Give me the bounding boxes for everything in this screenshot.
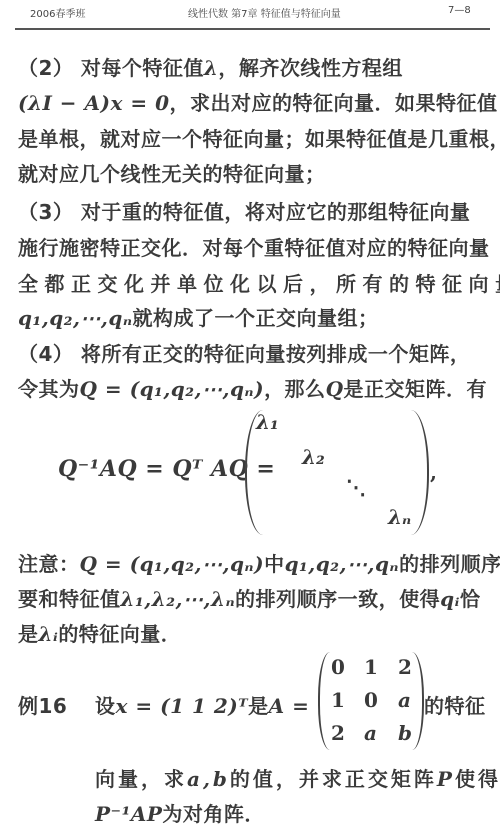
example-line1: 设x = (1 1 2)ᵀ是A =	[95, 690, 309, 719]
example-line1-end: 的特征	[424, 690, 486, 719]
text: 设	[95, 694, 116, 718]
symbol-lambda-i: λᵢ	[39, 622, 59, 646]
step-number: （4）	[18, 342, 73, 366]
text: 的排列顺序一致，使得	[235, 587, 440, 611]
symbol-p: P	[437, 767, 455, 791]
step3-line3: 全都正交化并单位化以后，所有的特征向量	[18, 268, 500, 297]
header-left: 2006春季班	[30, 5, 85, 20]
text: 的排列顺序	[399, 552, 500, 576]
matrix-cell: 2	[398, 655, 412, 679]
text: 是正交矩阵．有	[343, 377, 487, 401]
text: 要和特征值	[18, 587, 121, 611]
note-line3: 是λᵢ的特征向量．	[18, 618, 181, 647]
matrix-a-label: A =	[269, 694, 310, 718]
header-center: 线性代数 第7章 特征值与特征向量	[188, 5, 341, 20]
text: ，求出对应的特征向量．如果特征值	[170, 91, 498, 115]
step3-line1: （3） 对于重的特征值，将对应它的那组特征向量	[18, 196, 470, 225]
example-line3: P⁻¹AP为对角阵．	[95, 798, 265, 827]
matrix-cell: b	[398, 721, 412, 745]
lambda-symbol: λ	[204, 56, 219, 80]
page-header: 2006春季班 线性代数 第7章 特征值与特征向量 7—8	[0, 5, 500, 25]
text: 将所有正交的特征向量按列排成一个矩阵，	[81, 342, 471, 366]
symbols-ab: a,b	[187, 767, 230, 791]
matrix-cell: 2	[331, 721, 345, 745]
step2-line4: 就对应几个线性无关的特征向量；	[18, 158, 326, 187]
step-number: （3）	[18, 200, 73, 224]
diag-entry: λₙ	[388, 505, 411, 529]
example-label: 例16	[18, 690, 67, 719]
step2-line1: （2） 对每个特征值λ，解齐次线性方程组	[18, 52, 403, 81]
text: 向量，求	[95, 767, 187, 791]
note-line2: 要和特征值λ₁,λ₂,⋯,λₙ的排列顺序一致，使得qᵢ恰	[18, 583, 480, 612]
matrix-cell: 0	[364, 688, 378, 712]
equation: Q = (q₁,q₂,⋯,qₙ)	[80, 552, 265, 576]
vector-x: x = (1 1 2)ᵀ	[116, 694, 249, 718]
matrix-cell: a	[398, 688, 411, 712]
diag-entry: λ₂	[302, 445, 325, 469]
step4-line1: （4） 将所有正交的特征向量按列排成一个矩阵，	[18, 338, 470, 367]
text: 是	[248, 694, 269, 718]
vector-list: q₁,q₂,⋯,qₙ	[18, 306, 133, 330]
equation: (λI − A)x = 0	[18, 91, 170, 115]
text: 对于重的特征值，将对应它的那组特征向量	[81, 200, 471, 224]
text: ，解齐次线性方程组	[218, 56, 403, 80]
equation: Q = (q₁,q₂,⋯,qₙ)	[80, 377, 265, 401]
text: 的值，并求正交矩阵	[230, 767, 437, 791]
matrix-cell: 0	[331, 655, 345, 679]
step2-line3: 是单根，就对应一个特征向量；如果特征值是几重根，	[18, 123, 500, 152]
diagonalization-formula: Q⁻¹AQ = Qᵀ AQ =	[58, 456, 275, 482]
note-line1: 注意：Q = (q₁,q₂,⋯,qₙ)中q₁,q₂,⋯,qₙ的排列顺序	[18, 548, 500, 577]
text: 对每个特征值	[81, 56, 204, 80]
symbol-q: Q	[326, 377, 344, 401]
step4-line2: 令其为Q = (q₁,q₂,⋯,qₙ)，那么Q是正交矩阵．有	[18, 373, 487, 402]
text: 的特征向量．	[58, 622, 181, 646]
step2-line2: (λI − A)x = 0，求出对应的特征向量．如果特征值	[18, 87, 498, 116]
text: 就构成了一个正交向量组；	[133, 306, 379, 330]
step3-line2: 施行施密特正交化．对每个重特征值对应的特征向量	[18, 232, 490, 261]
note-label: 注意：	[18, 552, 80, 576]
header-rule	[15, 28, 490, 30]
text: 令其为	[18, 377, 80, 401]
equation: P⁻¹AP	[95, 802, 162, 826]
text: 恰	[460, 587, 481, 611]
diag-dots: ⋱	[346, 475, 366, 499]
eigenvalue-list: λ₁,λ₂,⋯,λₙ	[121, 587, 236, 611]
matrix-cell: 1	[331, 688, 345, 712]
matrix-cell: a	[364, 721, 377, 745]
formula-comma: ,	[430, 460, 437, 484]
text: 使得	[455, 767, 500, 791]
diag-entry: λ₁	[256, 410, 279, 434]
step-number: （2）	[18, 56, 73, 80]
header-page-number: 7—8	[448, 5, 471, 16]
vector-list: q₁,q₂,⋯,qₙ	[285, 552, 400, 576]
matrix-cell: 1	[364, 655, 378, 679]
symbol-qi: qᵢ	[440, 587, 460, 611]
step3-line4: q₁,q₂,⋯,qₙ就构成了一个正交向量组；	[18, 302, 379, 331]
text: 是	[18, 622, 39, 646]
text: 为对角阵．	[162, 802, 265, 826]
text: 中	[264, 552, 285, 576]
example-line2: 向量，求a,b的值，并求正交矩阵P使得	[95, 763, 500, 792]
text: ，那么	[264, 377, 326, 401]
